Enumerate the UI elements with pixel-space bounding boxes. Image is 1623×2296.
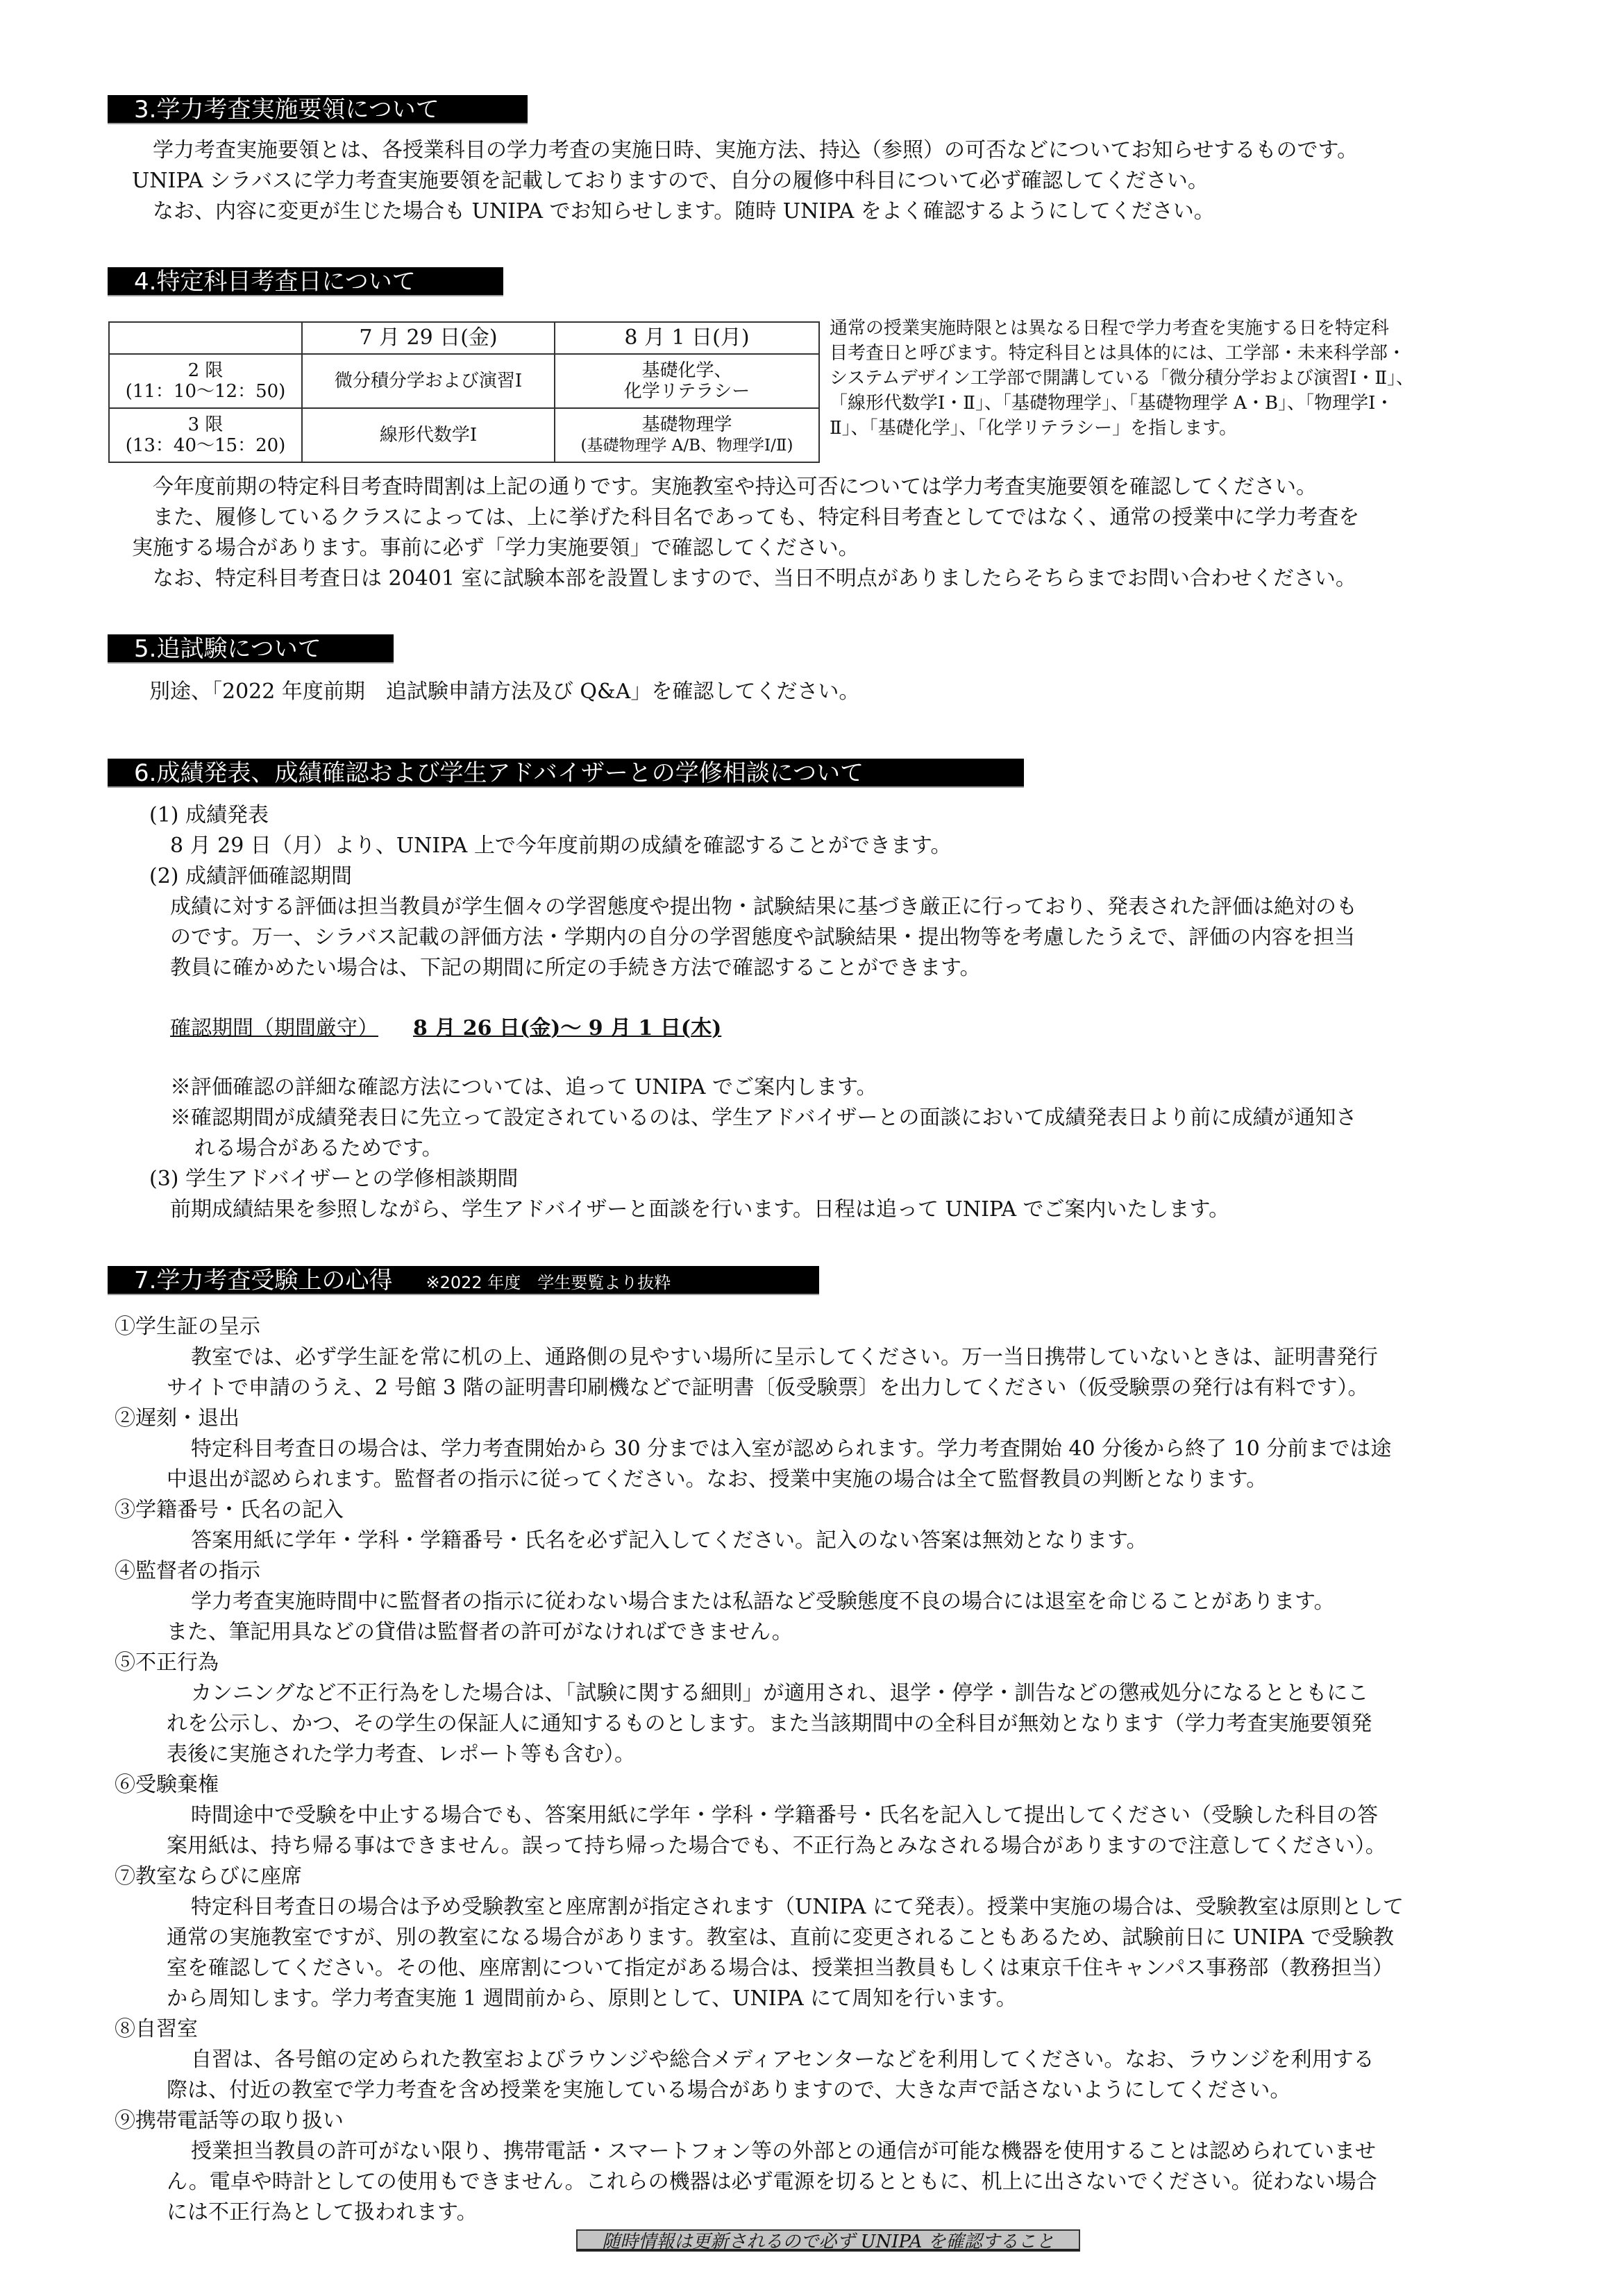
item-6-line: 時間途中で受験を中止する場合でも、答案用紙に学年・学科・学籍番号・氏名を記入して… [191,1800,1378,1831]
item-9-line: ん。電卓や時計としての使用もできません。これらの機器は必ず電源を切るとともに、机… [167,2167,1377,2197]
item-2-line: 中退出が認められます。監督者の指示に従ってください。なお、授業中実施の場合は全て… [167,1464,1267,1495]
sec4-line-2: また、履修しているクラスによっては、上に挙げた科目名であっても、特定科目考査とし… [153,503,1359,533]
sec6-sub1-text: 8 月 29 日（月）より、UNIPA 上で今年度前期の成績を確認することができ… [170,831,952,861]
day2-subject-line1: 基礎物理学 [558,414,816,435]
table-header-day1: 7 月 29 日(金) [302,322,555,354]
item-1-line: 教室では、必ず学生証を常に机の上、通路側の見やすい場所に呈示してください。万一当… [191,1342,1378,1373]
sec6-sub1-title: (1) 成績発表 [149,800,269,831]
section-5-header: 5.追試験について [108,634,394,664]
period-cell: 3 限 (13：40～15：20) [109,408,302,462]
confirmation-period: 確認期間（期間厳守）8 月 26 日(金)～ 9 月 1 日(木) [170,1013,721,1044]
item-2-heading: ②遅刻・退出 [115,1403,239,1434]
sec4-line-3: 実施する場合があります。事前に必ず「学力実施要領」で確認してください。 [132,533,859,564]
item-3-line: 答案用紙に学年・学科・学籍番号・氏名を必ず記入してください。記入のない答案は無効… [191,1526,1147,1556]
sec3-line-3: なお、内容に変更が生じた場合も UNIPA でお知らせします。随時 UNIPA … [153,196,1215,227]
section-6-header: 6.成績発表、成績確認および学生アドバイザーとの学修相談について [108,759,1024,788]
sec3-line-1: 学力考査実施要領とは、各授業科目の学力考査の実施日時、実施方法、持込（参照）の可… [153,135,1358,166]
item-9-line: には不正行為として扱われます。 [167,2197,478,2228]
item-5-line: れを公示し、かつ、その学生の保証人に通知するものとします。また当該期間中の全科目… [167,1709,1372,1739]
item-7-line: から周知します。学力考査実施 1 週間前から、原則として、UNIPA にて周知を… [167,1984,1017,2014]
day1-subject: 線形代数学Ⅰ [302,408,555,462]
sec6-sub3-title: (3) 学生アドバイザーとの学修相談期間 [149,1164,518,1195]
table-header-day2: 8 月 1 日(月) [555,322,819,354]
sec6-note-2: ※確認期間が成績発表日に先立って設定されているのは、学生アドバイザーとの面談にお… [170,1103,1356,1133]
item-5-heading: ⑤不正行為 [115,1648,219,1678]
day2-subject: 基礎化学、 化学リテラシー [555,354,819,408]
item-8-line: 際は、付近の教室で学力考査を含め授業を実施している場合がありますので、大きな声で… [167,2075,1290,2106]
section-7-subtitle: ※2022 年度 学生要覧より抜粋 [426,1273,671,1292]
item-8-heading: ⑧自習室 [115,2014,198,2045]
item-5-line: カンニングなど不正行為をした場合は、「試験に関する細則」が適用され、退学・停学・… [191,1678,1368,1709]
item-6-heading: ⑥受験棄権 [115,1770,219,1800]
sec6-note-1: ※評価確認の詳細な確認方法については、追って UNIPA でご案内します。 [170,1072,877,1103]
side-note-line: 目考査日と呼びます。特定科目とは具体的には、工学部・未来科学部・ [830,341,1565,366]
confirmation-period-value: 8 月 26 日(金)～ 9 月 1 日(木) [413,1016,721,1040]
period-time: (11：10～12：50) [112,381,298,402]
sec5-line: 別途、「2022 年度前期 追試験申請方法及び Q&A」を確認してください。 [149,677,859,707]
sec3-line-2: UNIPA シラバスに学力考査実施要領を記載しておりますので、自分の履修中科目に… [132,166,1209,196]
day2-subject: 基礎物理学 (基礎物理学 A/B、物理学Ⅰ/Ⅱ) [555,408,819,462]
unipa-notice-box: 随時情報は更新されるので必ず UNIPA を確認すること [576,2229,1080,2252]
item-8-line: 自習は、各号館の定められた教室およびラウンジや総合メディアセンターなどを利用して… [191,2045,1374,2075]
section-4-header: 4.特定科目考査日について [108,267,503,296]
table-header-row: 7 月 29 日(金) 8 月 1 日(月) [109,322,819,354]
section-3-header: 3.学力考査実施要領について [108,95,528,124]
item-4-heading: ④監督者の指示 [115,1556,260,1587]
exam-schedule-table: 7 月 29 日(金) 8 月 1 日(月) 2 限 (11：10～12：50)… [108,321,820,463]
item-5-line: 表後に実施された学力考査、レポート等も含む）。 [167,1739,635,1770]
side-note-line: 「線形代数学Ⅰ・Ⅱ」、「基礎物理学」、「基礎物理学 A・B」、「物理学Ⅰ・ [830,391,1565,416]
period-label: 3 限 [112,414,298,435]
item-9-line: 授業担当教員の許可がない限り、携帯電話・スマートフォン等の外部との通信が可能な機… [191,2136,1376,2167]
table-row: 2 限 (11：10～12：50) 微分積分学および演習Ⅰ 基礎化学、 化学リテ… [109,354,819,408]
confirmation-period-label: 確認期間（期間厳守） [170,1016,378,1040]
sec6-sub2-line-1: 成績に対する評価は担当教員が学生個々の学習態度や提出物・試験結果に基づき厳正に行… [170,892,1357,922]
item-7-heading: ⑦教室ならびに座席 [115,1862,302,1892]
day1-subject: 微分積分学および演習Ⅰ [302,354,555,408]
item-1-heading: ①学生証の呈示 [115,1312,260,1342]
item-1-line: サイトで申請のうえ、2 号館 3 階の証明書印刷機などで証明書〔仮受験票〕を出力… [167,1373,1368,1403]
day2-subject-line1: 基礎化学、 [558,360,816,381]
side-note-line: 通常の授業実施時限とは異なる日程で学力考査を実施する日を特定科 [830,316,1565,341]
side-note-line: システムデザイン工学部で開講している「微分積分学および演習Ⅰ・Ⅱ」、 [830,366,1565,391]
item-7-line: 室を確認してください。その他、座席割について指定がある場合は、授業担当教員もしく… [167,1953,1393,1984]
table-row: 3 限 (13：40～15：20) 線形代数学Ⅰ 基礎物理学 (基礎物理学 A/… [109,408,819,462]
sec6-sub3-text: 前期成績結果を参照しながら、学生アドバイザーと面談を行います。日程は追って UN… [170,1195,1229,1225]
sec6-sub2-title: (2) 成績評価確認期間 [149,861,352,892]
item-3-heading: ③学籍番号・氏名の記入 [115,1495,344,1526]
item-7-line: 特定科目考査日の場合は予め受験教室と座席割が指定されます（UNIPA にて発表）… [191,1892,1404,1923]
sec4-line-4: なお、特定科目考査日は 20401 室に試験本部を設置しますので、当日不明点があ… [153,564,1356,594]
day2-subject-line2: 化学リテラシー [558,381,816,402]
period-cell: 2 限 (11：10～12：50) [109,354,302,408]
sec6-sub2-line-2: のです。万一、シラバス記載の評価方法・学期内の自分の学習態度や試験結果・提出物等… [170,922,1355,953]
item-2-line: 特定科目考査日の場合は、学力考査開始から 30 分までは入室が認められます。学力… [191,1434,1391,1464]
sec4-side-note: 通常の授業実施時限とは異なる日程で学力考査を実施する日を特定科 目考査日と呼びま… [830,316,1565,441]
day2-subject-line2: (基礎物理学 A/B、物理学Ⅰ/Ⅱ) [558,435,816,456]
item-7-line: 通常の実施教室ですが、別の教室になる場合があります。教室は、直前に変更されること… [167,1923,1394,1953]
section-7-title: 7.学力考査受験上の心得 [134,1267,392,1294]
side-note-line: Ⅱ」、「基礎化学」、「化学リテラシー」を指します。 [830,416,1565,441]
section-7-header: 7.学力考査受験上の心得※2022 年度 学生要覧より抜粋 [108,1266,819,1295]
item-4-line: また、筆記用具などの貸借は監督者の許可がなければできません。 [167,1617,793,1648]
sec6-sub2-line-3: 教員に確かめたい場合は、下記の期間に所定の手続き方法で確認することができます。 [170,953,981,984]
table-header-empty [109,322,302,354]
period-time: (13：40～15：20) [112,435,298,456]
sec6-note-3: れる場合があるためです。 [194,1133,443,1164]
item-9-heading: ⑨携帯電話等の取り扱い [115,2106,344,2136]
item-6-line: 案用紙は、持ち帰る事はできません。誤って持ち帰った場合でも、不正行為とみなされる… [167,1831,1386,1862]
sec4-line-1: 今年度前期の特定科目考査時間割は上記の通りです。実施教室や持込可否については学力… [153,472,1317,503]
item-4-line: 学力考査実施時間中に監督者の指示に従わない場合または私語など受験態度不良の場合に… [191,1587,1335,1617]
period-label: 2 限 [112,360,298,381]
